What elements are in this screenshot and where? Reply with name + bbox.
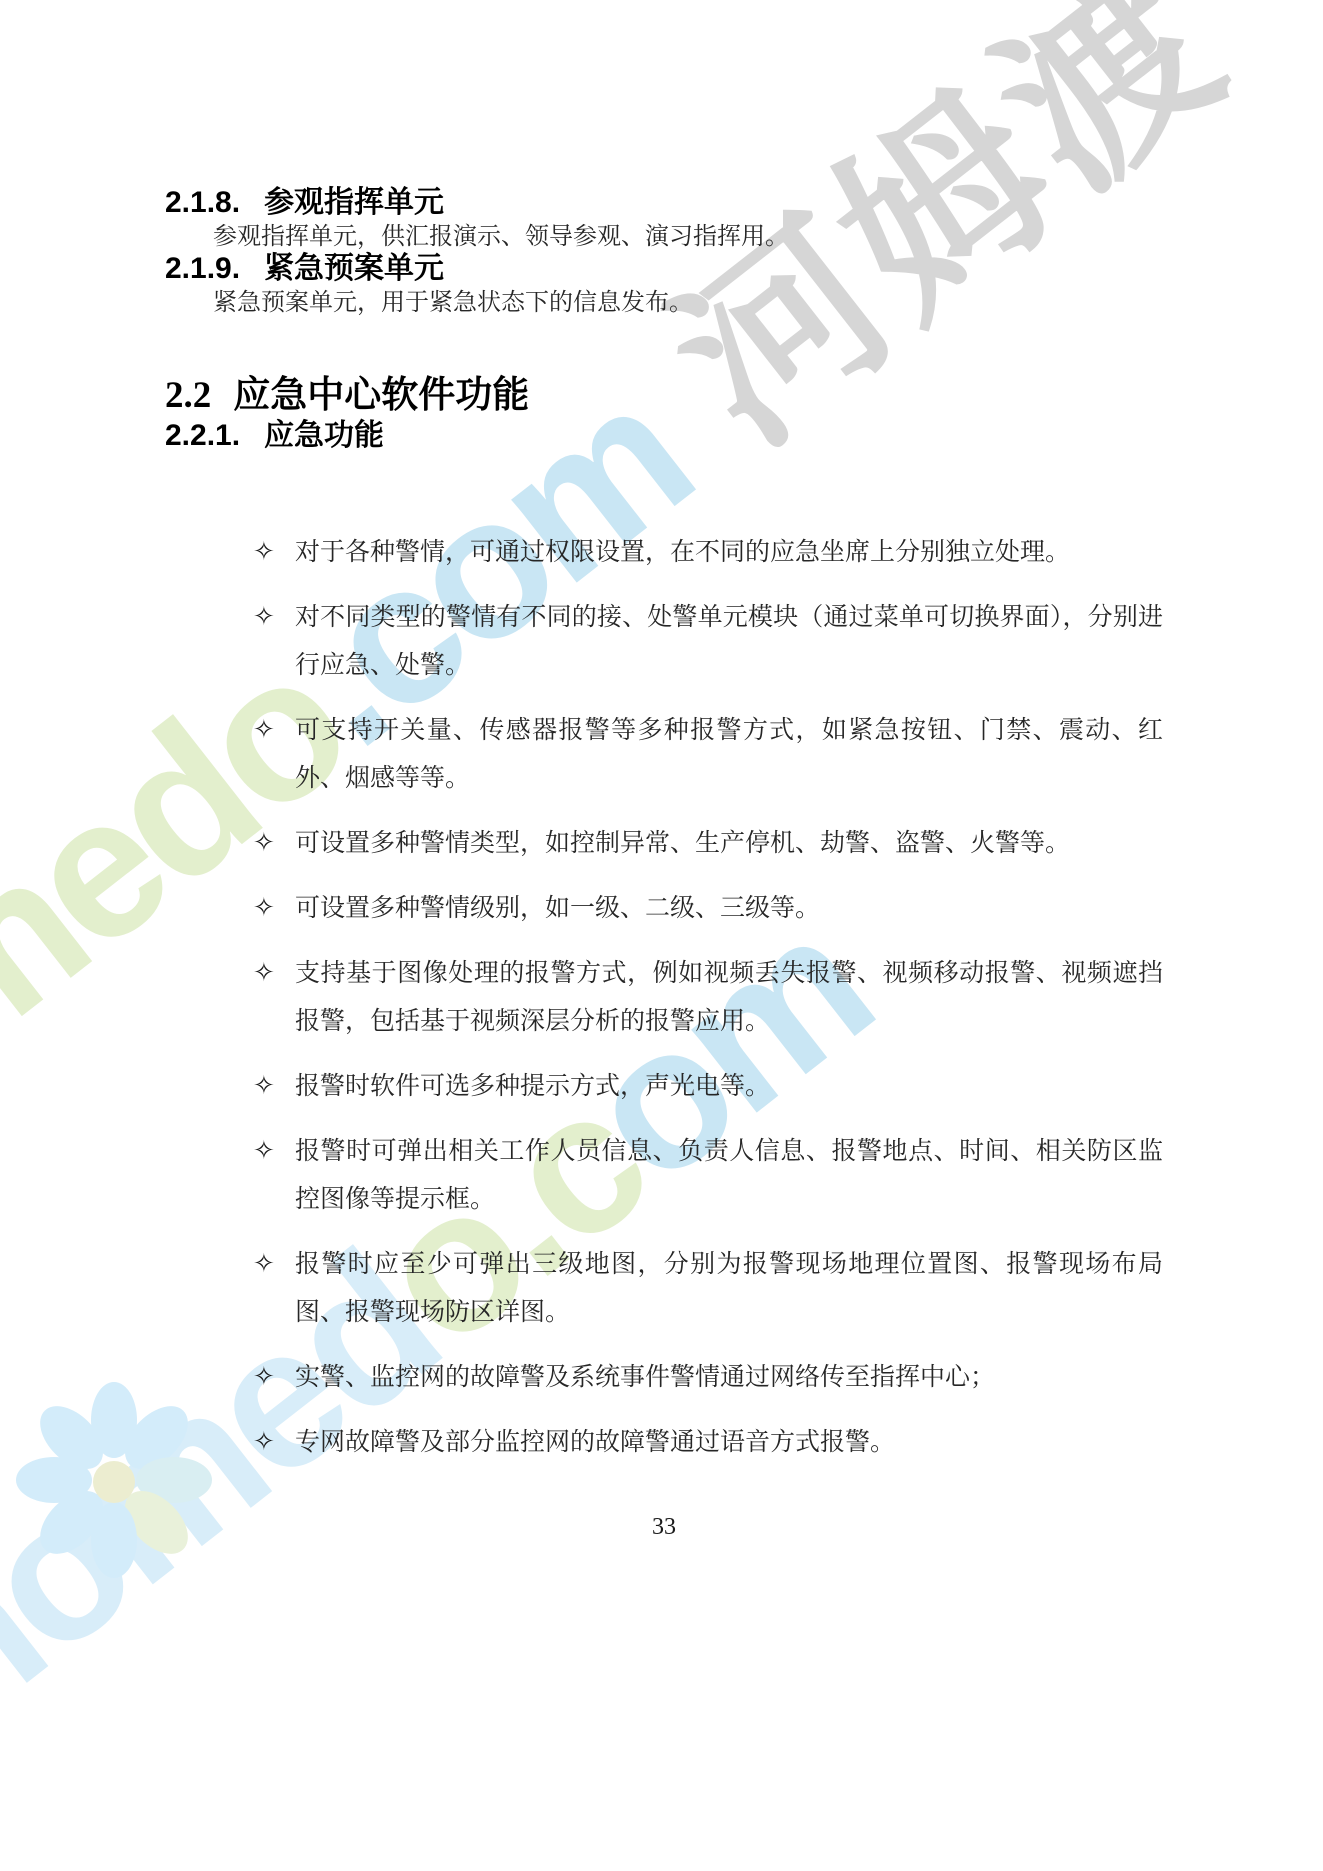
diamond-bullet-icon: ✧	[253, 593, 275, 641]
bullet-item: ✧对不同类型的警情有不同的接、处警单元模块（通过菜单可切换界面），分别进行应急、…	[165, 593, 1163, 689]
diamond-bullet-icon: ✧	[253, 949, 275, 997]
bullet-text: 报警时可弹出相关工作人员信息、负责人信息、报警地点、时间、相关防区监控图像等提示…	[295, 1136, 1163, 1213]
bullet-item: ✧专网故障警及部分监控网的故障警通过语音方式报警。	[165, 1418, 1163, 1466]
bullet-text: 专网故障警及部分监控网的故障警通过语音方式报警。	[295, 1427, 895, 1456]
bullet-item: ✧对于各种警情，可通过权限设置，在不同的应急坐席上分别独立处理。	[165, 528, 1163, 576]
paragraph-2-1-9: 紧急预案单元，用于紧急状态下的信息发布。	[165, 287, 1163, 317]
bullet-text: 可设置多种警情类型，如控制异常、生产停机、劫警、盗警、火警等。	[295, 828, 1070, 857]
bullet-text: 报警时软件可选多种提示方式，声光电等。	[295, 1071, 770, 1100]
diamond-bullet-icon: ✧	[253, 1062, 275, 1110]
heading-number: 2.2	[165, 375, 211, 416]
diamond-bullet-icon: ✧	[253, 819, 275, 867]
bullet-item: ✧报警时软件可选多种提示方式，声光电等。	[165, 1062, 1163, 1110]
heading-title: 参观指挥单元	[264, 186, 444, 219]
heading-2-1-8: 2.1.8.参观指挥单元	[165, 185, 1163, 221]
bullet-text: 报警时应至少可弹出三级地图，分别为报警现场地理位置图、报警现场布局图、报警现场防…	[295, 1249, 1163, 1326]
heading-title: 应急中心软件功能	[233, 374, 529, 415]
heading-2-2: 2.2应急中心软件功能	[165, 373, 1163, 418]
bullet-item: ✧可设置多种警情级别，如一级、二级、三级等。	[165, 884, 1163, 932]
diamond-bullet-icon: ✧	[253, 884, 275, 932]
bullet-text: 支持基于图像处理的报警方式，例如视频丢失报警、视频移动报警、视频遮挡报警，包括基…	[295, 958, 1163, 1035]
bullet-item: ✧实警、监控网的故障警及系统事件警情通过网络传至指挥中心；	[165, 1353, 1163, 1401]
paragraph-2-1-8: 参观指挥单元，供汇报演示、领导参观、演习指挥用。	[165, 221, 1163, 251]
feature-bullet-list: ✧对于各种警情，可通过权限设置，在不同的应急坐席上分别独立处理。 ✧对不同类型的…	[165, 528, 1163, 1466]
bullet-text: 可支持开关量、传感器报警等多种报警方式，如紧急按钮、门禁、震动、红外、烟感等等。	[295, 715, 1163, 792]
diamond-bullet-icon: ✧	[253, 1418, 275, 1466]
heading-title: 紧急预案单元	[264, 252, 444, 285]
bullet-text: 可设置多种警情级别，如一级、二级、三级等。	[295, 893, 820, 922]
diamond-bullet-icon: ✧	[253, 1240, 275, 1288]
document-page: homedo.com 河姆渡 homedo.com 2.1.8.参观指挥单元 参…	[0, 0, 1323, 1871]
page-number: 33	[165, 1514, 1163, 1541]
heading-number: 2.1.8.	[165, 186, 240, 219]
document-content: 2.1.8.参观指挥单元 参观指挥单元，供汇报演示、领导参观、演习指挥用。 2.…	[0, 0, 1323, 1541]
bullet-text: 对不同类型的警情有不同的接、处警单元模块（通过菜单可切换界面），分别进行应急、处…	[295, 602, 1163, 679]
diamond-bullet-icon: ✧	[253, 706, 275, 754]
bullet-text: 实警、监控网的故障警及系统事件警情通过网络传至指挥中心；	[295, 1362, 995, 1391]
heading-2-2-1: 2.2.1.应急功能	[165, 418, 1163, 454]
bullet-item: ✧支持基于图像处理的报警方式，例如视频丢失报警、视频移动报警、视频遮挡报警，包括…	[165, 949, 1163, 1045]
heading-number: 2.2.1.	[165, 419, 240, 452]
bullet-item: ✧报警时应至少可弹出三级地图，分别为报警现场地理位置图、报警现场布局图、报警现场…	[165, 1240, 1163, 1336]
heading-2-1-9: 2.1.9.紧急预案单元	[165, 251, 1163, 287]
bullet-item: ✧可设置多种警情类型，如控制异常、生产停机、劫警、盗警、火警等。	[165, 819, 1163, 867]
heading-number: 2.1.9.	[165, 252, 240, 285]
bullet-text: 对于各种警情，可通过权限设置，在不同的应急坐席上分别独立处理。	[295, 537, 1070, 566]
bullet-item: ✧可支持开关量、传感器报警等多种报警方式，如紧急按钮、门禁、震动、红外、烟感等等…	[165, 706, 1163, 802]
diamond-bullet-icon: ✧	[253, 1127, 275, 1175]
diamond-bullet-icon: ✧	[253, 1353, 275, 1401]
heading-title: 应急功能	[264, 419, 384, 452]
bullet-item: ✧报警时可弹出相关工作人员信息、负责人信息、报警地点、时间、相关防区监控图像等提…	[165, 1127, 1163, 1223]
diamond-bullet-icon: ✧	[253, 528, 275, 576]
